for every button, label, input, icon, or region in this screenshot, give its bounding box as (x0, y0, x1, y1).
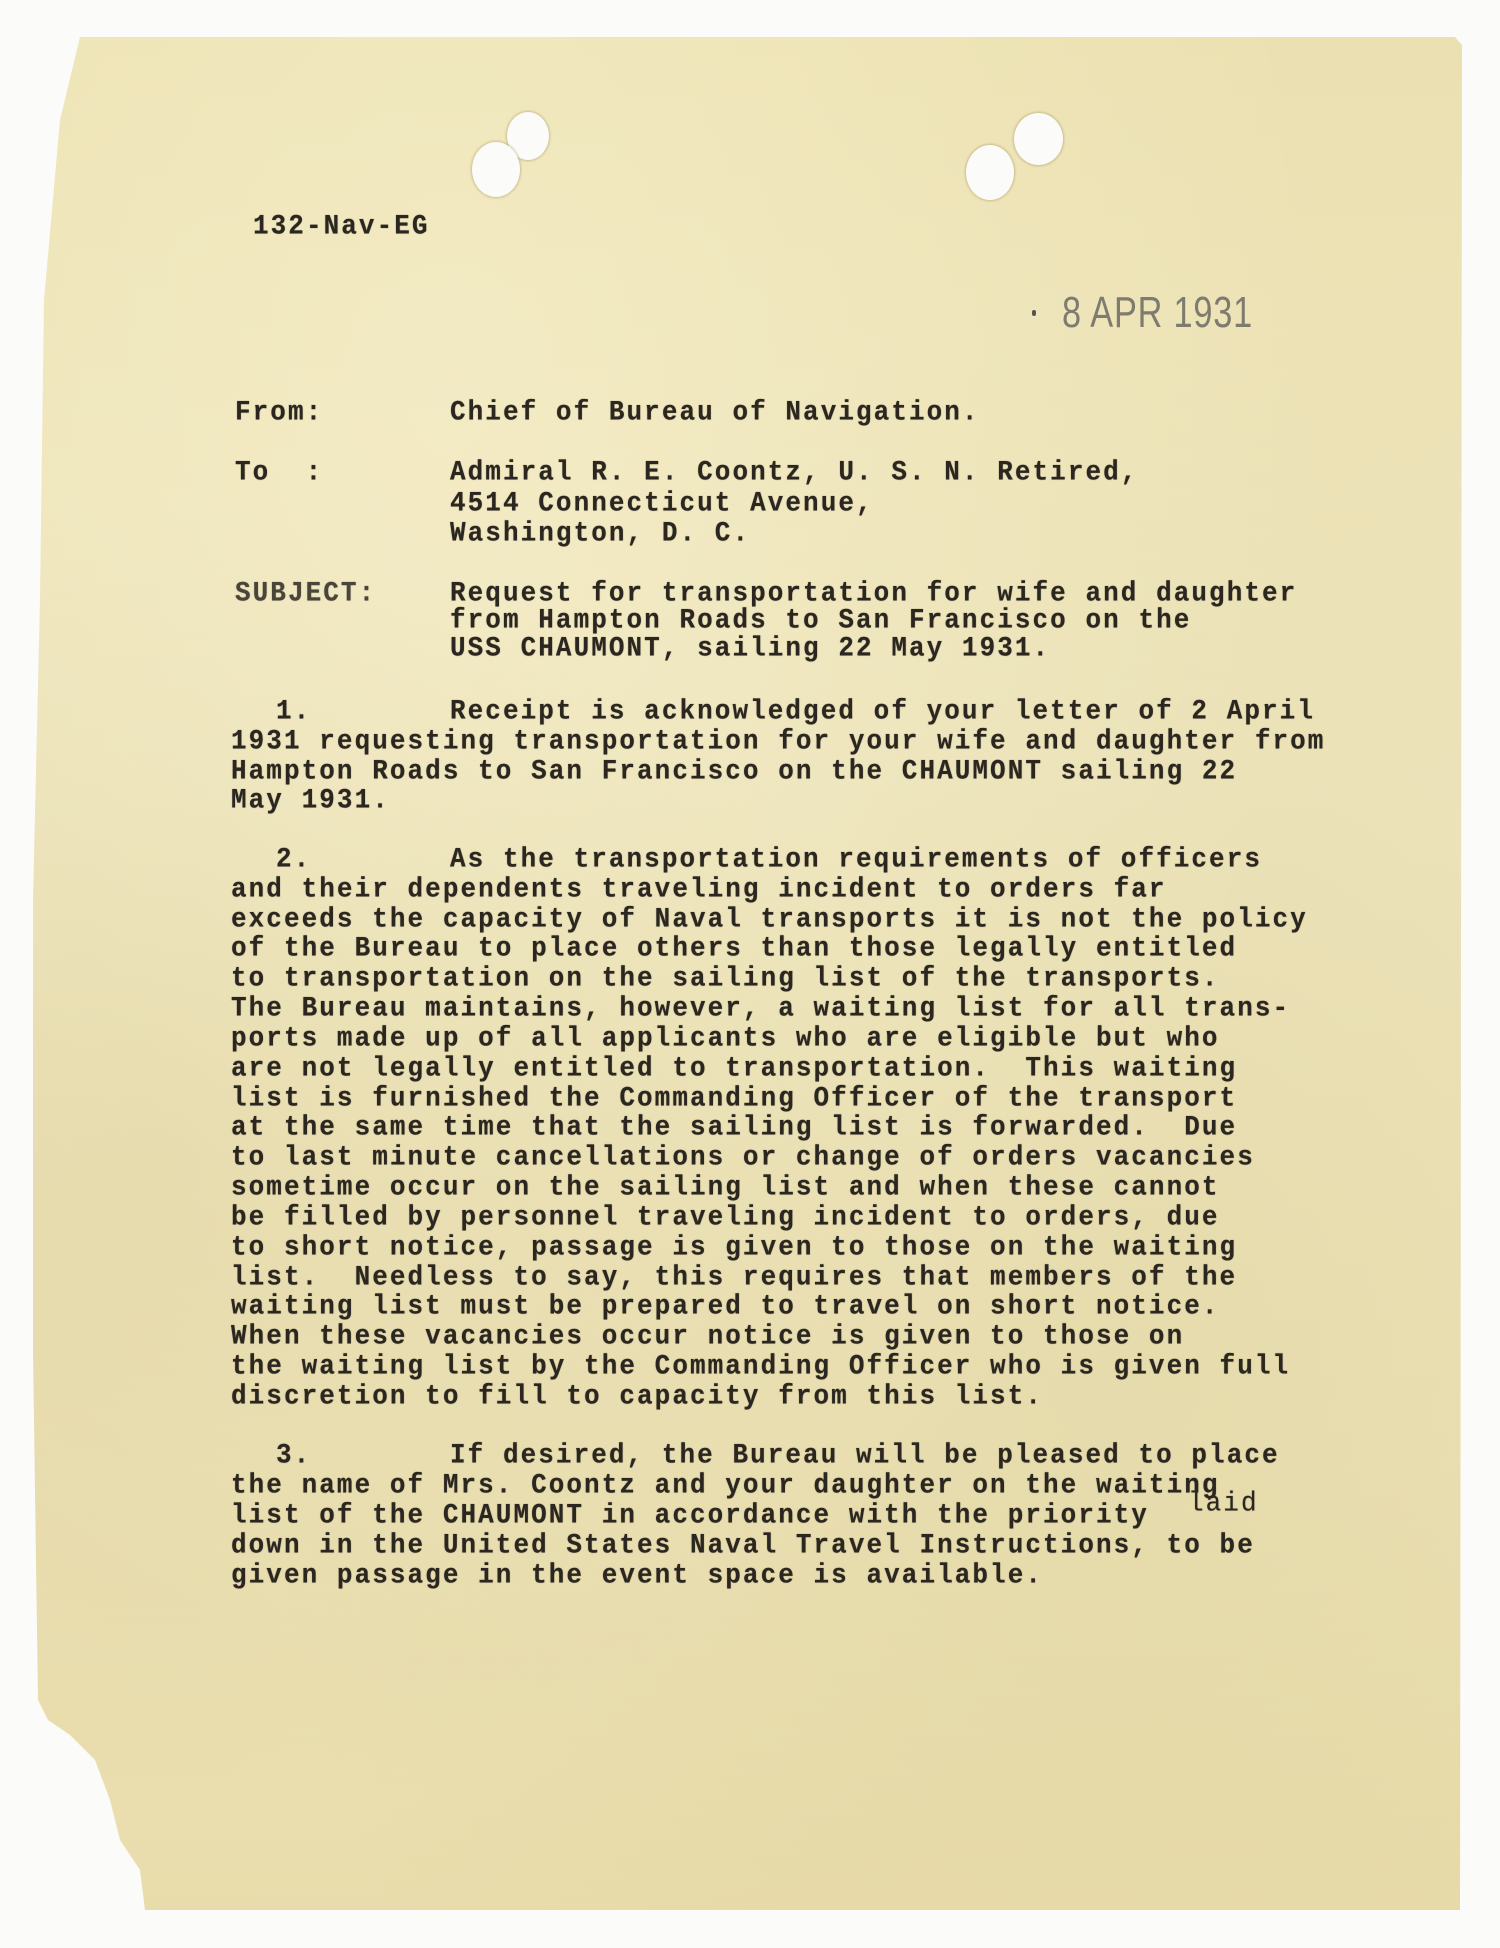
paragraph-line: The Bureau maintains, however, a waiting… (231, 992, 1290, 1024)
from-label: From: (235, 396, 323, 428)
paragraph-line: the name of Mrs. Coontz and your daughte… (231, 1469, 1220, 1501)
paragraph-number: 1. (276, 695, 311, 727)
punch-hole (472, 142, 520, 197)
paragraph-line: exceeds the capacity of Naval transports… (231, 903, 1308, 935)
file-reference: 132-Nav-EG (253, 210, 430, 242)
paragraph-number: 2. (276, 843, 311, 875)
subject-label: SUBJECT: (235, 577, 376, 609)
paragraph-line: and their dependents traveling incident … (231, 873, 1167, 905)
paragraph-line: list of the CHAUMONT in accordance with … (231, 1499, 1149, 1531)
paragraph-line: the waiting list by the Commanding Offic… (231, 1350, 1290, 1382)
punch-hole (1014, 113, 1063, 165)
paragraph-line: given passage in the event space is avai… (231, 1559, 1043, 1591)
paragraph-line: are not legally entitled to transportati… (231, 1052, 1237, 1084)
subject-line: USS CHAUMONT, sailing 22 May 1931. (450, 632, 1050, 664)
to-recipient: Admiral R. E. Coontz, U. S. N. Retired, (450, 456, 1138, 488)
paragraph-line: waiting list must be prepared to travel … (231, 1290, 1220, 1322)
to-city: Washington, D. C. (450, 517, 750, 549)
to-address: 4514 Connecticut Avenue, (450, 487, 874, 519)
paragraph-line: at the same time that the sailing list i… (231, 1111, 1237, 1143)
paragraph-line: May 1931. (231, 784, 390, 816)
paragraph-line: list is furnished the Commanding Officer… (231, 1082, 1237, 1114)
paragraph-number: 3. (276, 1439, 311, 1471)
paragraph-line: ports made up of all applicants who are … (231, 1022, 1220, 1054)
paragraph-line: Receipt is acknowledged of your letter o… (450, 695, 1315, 727)
paragraph-line: If desired, the Bureau will be pleased t… (450, 1439, 1280, 1471)
to-label: To : (235, 456, 323, 488)
punch-hole (966, 145, 1014, 200)
paragraph-line: to transportation on the sailing list of… (231, 962, 1220, 994)
paragraph-line: 1931 requesting transportation for your … (231, 725, 1325, 757)
paragraph-line: As the transportation requirements of of… (450, 843, 1262, 875)
paragraph-line: sometime occur on the sailing list and w… (231, 1171, 1220, 1203)
paragraph-line: When these vacancies occur notice is giv… (231, 1320, 1184, 1352)
paragraph-line: discretion to fill to capacity from this… (231, 1380, 1043, 1412)
paragraph-line: be filled by personnel traveling inciden… (231, 1201, 1220, 1233)
interlined-insert: laid (1188, 1487, 1259, 1519)
paragraph-line: Hampton Roads to San Francisco on the CH… (231, 755, 1237, 787)
paragraph-line: to short notice, passage is given to tho… (231, 1231, 1237, 1263)
date-stamp: 8 APR 1931 (1062, 288, 1253, 338)
stamp-mark (1032, 310, 1036, 316)
from-value: Chief of Bureau of Navigation. (450, 396, 980, 428)
paragraph-line: of the Bureau to place others than those… (231, 932, 1237, 964)
paragraph-line: down in the United States Naval Travel I… (231, 1529, 1255, 1561)
paragraph-line: list. Needless to say, this requires tha… (231, 1261, 1237, 1293)
paragraph-line: to last minute cancellations or change o… (231, 1141, 1255, 1173)
